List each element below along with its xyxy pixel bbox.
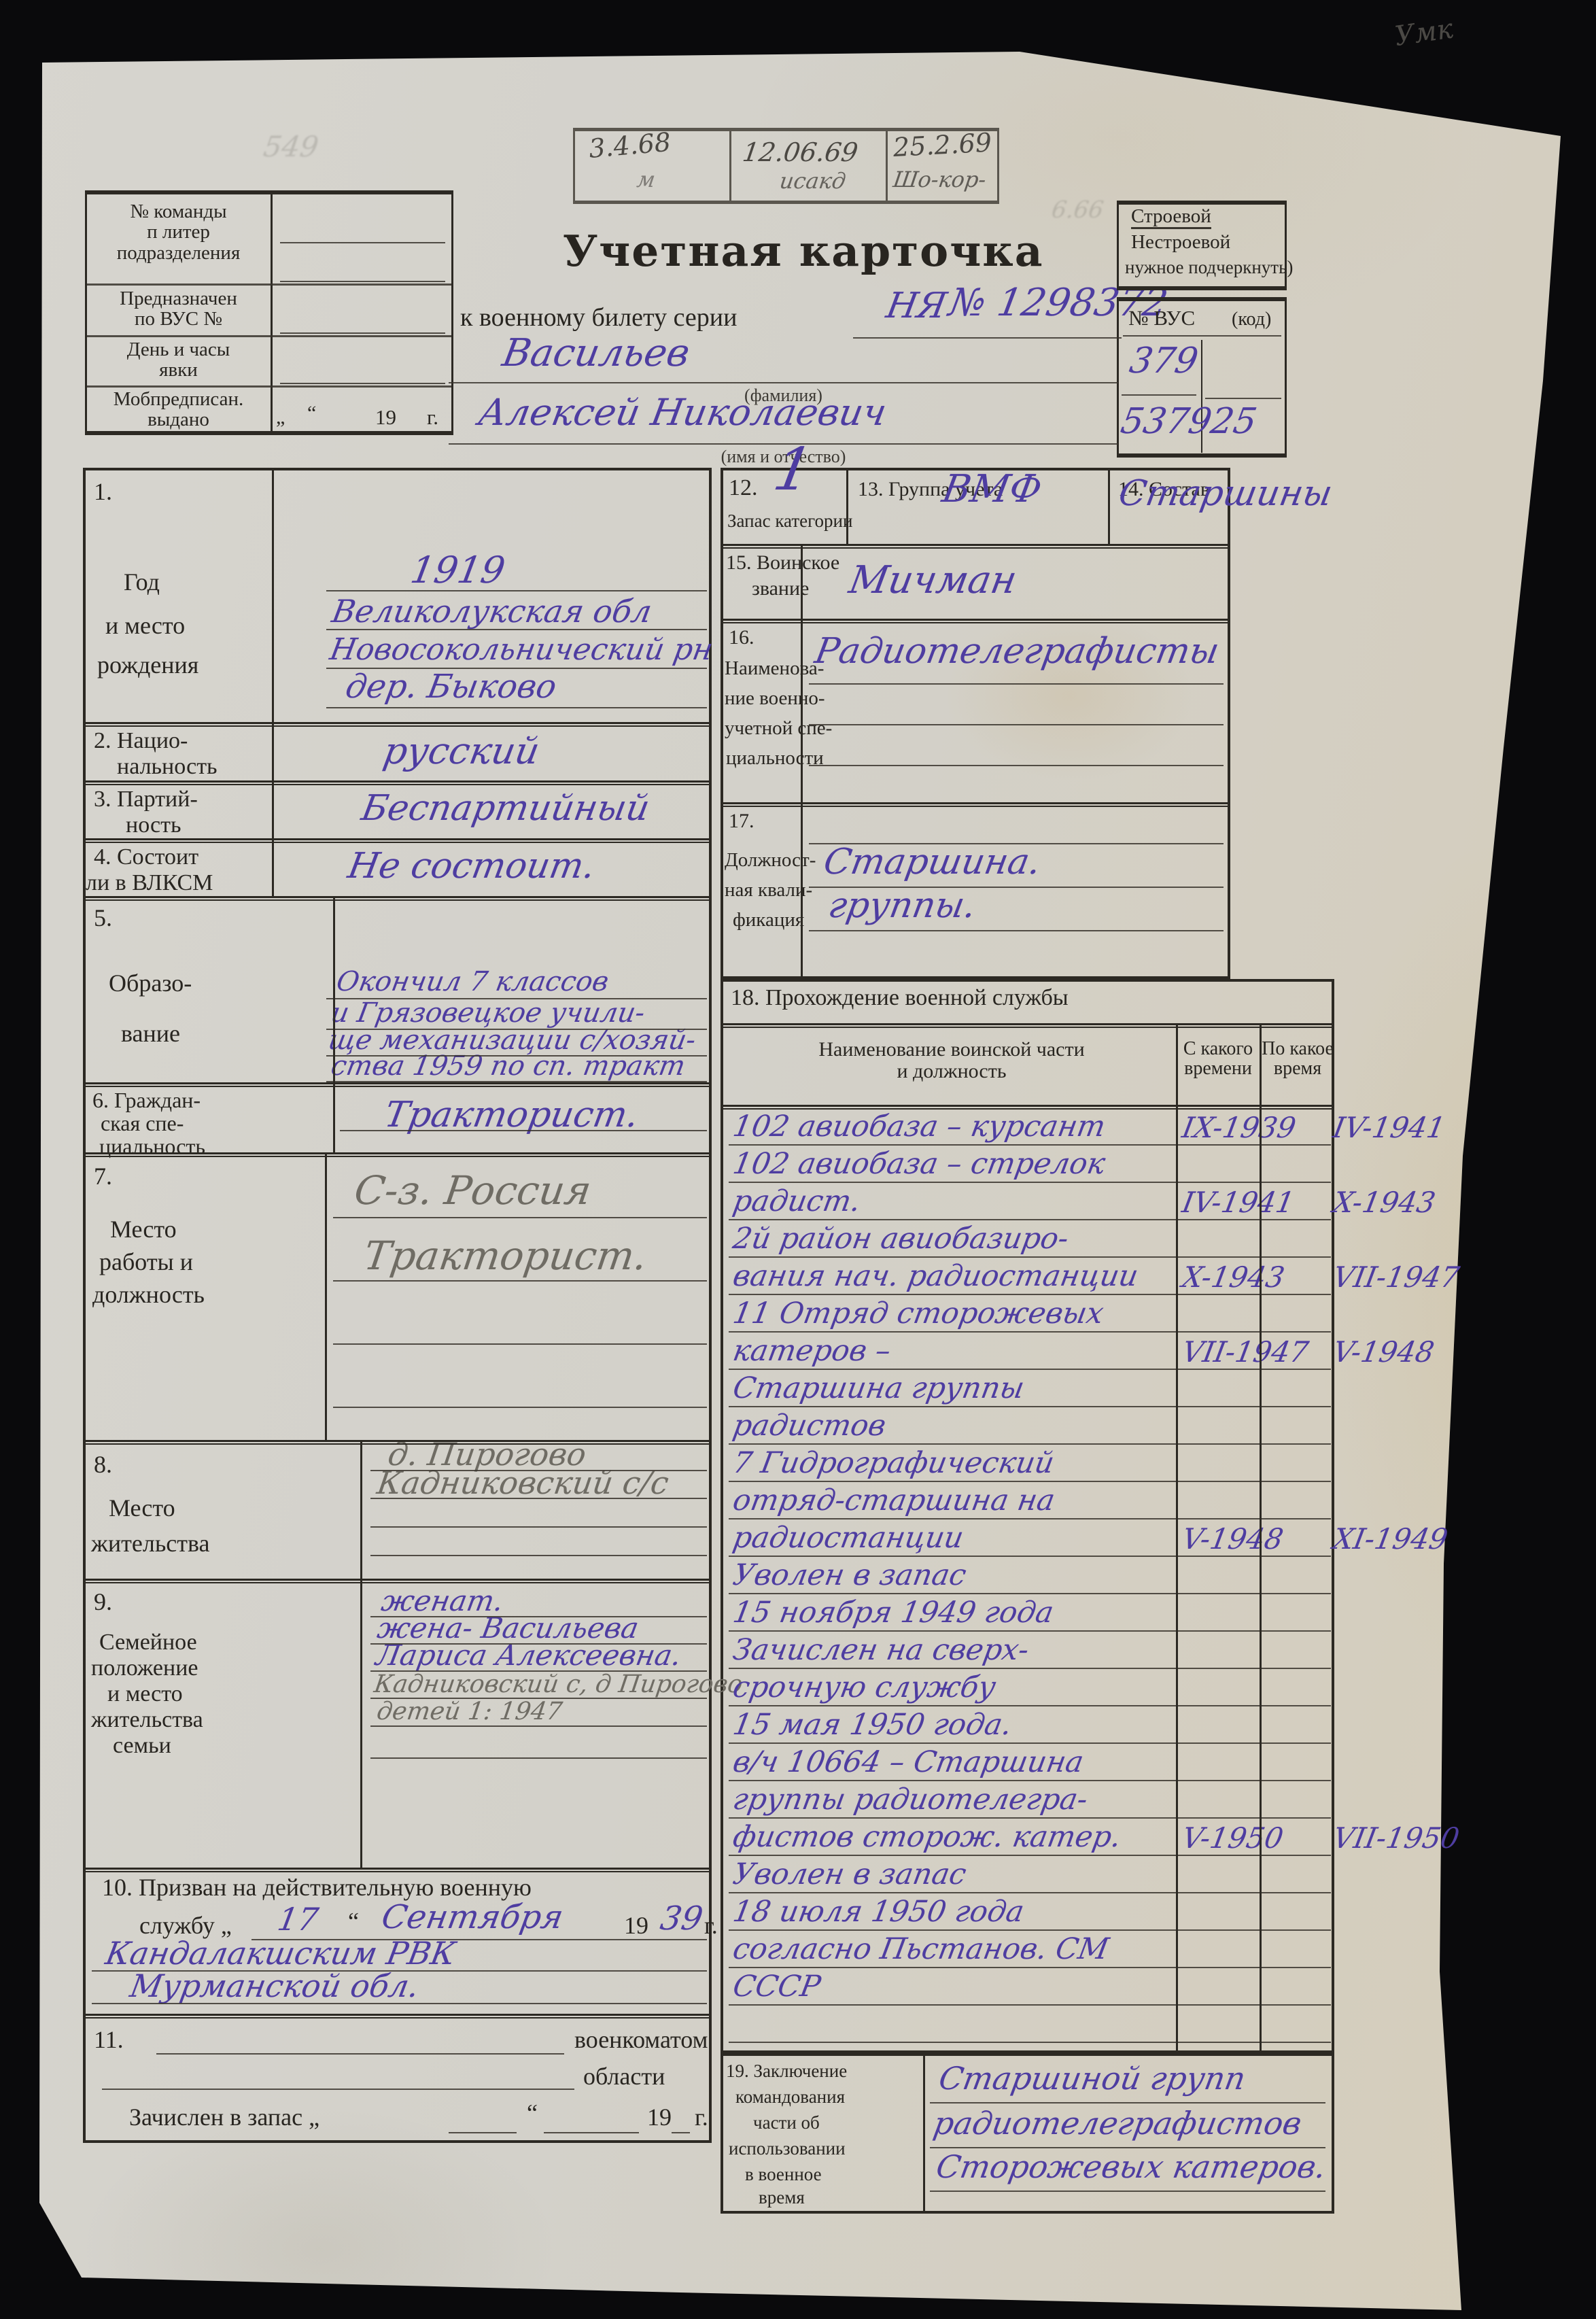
s2-label: нальность bbox=[117, 755, 218, 779]
s9-label: Семейное bbox=[99, 1630, 197, 1655]
ruled-line bbox=[672, 2132, 690, 2133]
table-col3-header: По какоевремя bbox=[1261, 1039, 1334, 1079]
service-entry-line: радиостанции bbox=[731, 1524, 966, 1553]
service-entry-line: срочную службу bbox=[731, 1673, 998, 1702]
faint-pencil-note: 549 bbox=[262, 133, 320, 161]
s1-label: рождения bbox=[97, 653, 198, 678]
ruled-line bbox=[370, 1670, 707, 1672]
ruled-line bbox=[280, 383, 445, 384]
ruled-line bbox=[333, 1407, 707, 1408]
service-ruled-line bbox=[729, 1593, 1331, 1594]
s5-value: Окончил 7 классов bbox=[334, 968, 611, 995]
service-ruled-line bbox=[729, 2042, 1331, 2043]
s1-num: 1. bbox=[94, 479, 112, 505]
stamp-divider bbox=[729, 131, 731, 201]
s3-value: Беспартийный bbox=[359, 791, 652, 826]
stroevoy-line2: Нестроевой bbox=[1131, 232, 1230, 252]
ruled-line bbox=[449, 382, 1118, 383]
ruled-line bbox=[340, 1130, 707, 1131]
section-divider bbox=[83, 722, 712, 727]
stamp-note: Шо-кор- bbox=[892, 169, 988, 190]
service-entry-line: Уволен в запас bbox=[731, 1561, 969, 1590]
s11-g: г. bbox=[695, 2105, 708, 2131]
faint-pencil-note: 6.66 bbox=[1050, 199, 1105, 222]
service-ruled-line bbox=[729, 1182, 1331, 1183]
service-date-from: X-1943 bbox=[1180, 1263, 1287, 1292]
ruled-line bbox=[809, 887, 1224, 888]
s5-label: вание bbox=[121, 1021, 180, 1047]
service-ruled-line bbox=[729, 1481, 1331, 1482]
s5-value: ще механизации с/хозяй- bbox=[326, 1027, 698, 1054]
s16-label: 16. bbox=[729, 627, 754, 649]
table-col1-header: Наименование воинской частии должность bbox=[731, 1039, 1173, 1082]
service-entry-line: радистов bbox=[731, 1411, 888, 1441]
service-entry-line: 15 мая 1950 года. bbox=[731, 1711, 1014, 1740]
service-entry-line: 102 авиобаза – стрелок bbox=[731, 1150, 1107, 1179]
s12-num: 12. bbox=[729, 476, 758, 500]
subtitle: к военному билету серии bbox=[460, 305, 737, 332]
s4-value: Не состоит. bbox=[345, 848, 597, 884]
ruled-line bbox=[809, 724, 1224, 725]
ruled-line bbox=[1122, 394, 1196, 396]
ruled-line bbox=[333, 1280, 707, 1282]
stamp-date: 3.4.68 bbox=[588, 129, 672, 162]
ruled-line bbox=[853, 337, 1122, 339]
ruled-line bbox=[280, 242, 445, 243]
s15-label: 15. Воинское bbox=[726, 552, 839, 574]
ruled-line bbox=[370, 1757, 707, 1759]
section-divider bbox=[83, 1082, 712, 1087]
vus-value-1: 379 bbox=[1127, 343, 1200, 379]
s6-label: ская спе- bbox=[101, 1112, 184, 1135]
s3-label: ность bbox=[126, 813, 181, 838]
service-entry-line: отряд-старшина на bbox=[731, 1486, 1057, 1515]
ruled-line bbox=[370, 1555, 707, 1556]
ruled-line bbox=[449, 2132, 517, 2133]
s17-label: 17. bbox=[729, 810, 754, 832]
dispatch-year: 19 bbox=[375, 407, 396, 429]
s13-value: ВМФ bbox=[939, 470, 1045, 509]
s19-label: части об bbox=[753, 2113, 820, 2132]
s8-label: жительства bbox=[91, 1531, 209, 1557]
dispatch-quote-open: „ bbox=[276, 407, 285, 428]
dispatch-label: Предназначенпо ВУС № bbox=[88, 288, 268, 330]
dispatch-label: День и часыявки bbox=[88, 339, 268, 381]
ruled-line bbox=[251, 1939, 707, 1940]
stamp-divider bbox=[886, 131, 888, 201]
service-ruled-line bbox=[729, 1556, 1331, 1557]
service-date-to: X-1943 bbox=[1331, 1188, 1438, 1217]
service-ruled-line bbox=[729, 1518, 1331, 1519]
column-divider bbox=[360, 1440, 362, 1868]
s5-value: и Грязовецкое учили- bbox=[329, 999, 647, 1027]
s10-rvk: Кандалакшским РВК bbox=[103, 1938, 458, 1969]
s5-label: Образо- bbox=[109, 971, 192, 997]
s19-value: радиотелеграфистов bbox=[931, 2108, 1304, 2139]
s1-value-rayon: Новосокольнический рн bbox=[328, 635, 715, 665]
service-ruled-line bbox=[729, 1668, 1331, 1669]
ruled-line bbox=[326, 707, 707, 708]
ruled-line bbox=[809, 843, 1224, 844]
s1-value-village: дер. Быково bbox=[343, 670, 559, 703]
service-ruled-line bbox=[729, 1705, 1331, 1706]
ruled-line bbox=[326, 629, 707, 630]
service-entry-line: 15 ноября 1949 года bbox=[731, 1598, 1056, 1628]
service-entry-line: вания нач. радиостанции bbox=[731, 1262, 1141, 1291]
s6-label: 6. Граждан- bbox=[92, 1089, 201, 1112]
s17-label: фикация bbox=[733, 910, 804, 930]
s19-label: использовании bbox=[729, 2139, 846, 2158]
s17-value: группы. bbox=[826, 888, 979, 923]
ruled-line bbox=[449, 443, 1118, 445]
s5-value: ства 1959 по сп. тракт bbox=[329, 1052, 687, 1080]
s10-month: Сентября bbox=[379, 1901, 566, 1934]
vus-label: № ВУС bbox=[1128, 307, 1195, 330]
s4-label: ли в ВЛКСМ bbox=[86, 871, 213, 895]
service-date-from: IX-1939 bbox=[1180, 1114, 1298, 1142]
service-ruled-line bbox=[729, 1780, 1331, 1781]
ruled-line bbox=[326, 1055, 707, 1057]
s10-day: 17 bbox=[275, 1904, 321, 1935]
service-ruled-line bbox=[729, 1443, 1331, 1445]
s7-value: С-з. Россия bbox=[352, 1171, 593, 1210]
service-entry-line: катеров – bbox=[731, 1337, 893, 1366]
s11-year: 19 bbox=[647, 2105, 672, 2131]
service-entry-line: Старшина группы bbox=[731, 1374, 1026, 1403]
service-entry-line: группы радиотелегра- bbox=[731, 1785, 1090, 1815]
service-entry-line: 2й район авиобазиро- bbox=[731, 1224, 1071, 1254]
dispatch-divider bbox=[271, 192, 273, 433]
column-divider bbox=[1108, 468, 1110, 544]
s19-value: Сторожевых катеров. bbox=[934, 2151, 1328, 2182]
s12-label: Запас категории bbox=[727, 511, 852, 530]
service-ruled-line bbox=[729, 1967, 1331, 1968]
column-divider bbox=[325, 1152, 327, 1440]
s10-year-print: 19 bbox=[624, 1913, 648, 1939]
s11-oblast: области bbox=[583, 2064, 665, 2090]
column-divider bbox=[923, 2053, 925, 2214]
s9-num: 9. bbox=[94, 1590, 112, 1615]
s5-num: 5. bbox=[94, 906, 112, 931]
service-ruled-line bbox=[729, 1855, 1331, 1856]
section-divider bbox=[721, 1105, 1334, 1110]
ruled-line bbox=[156, 2053, 564, 2055]
dispatch-row-line bbox=[87, 335, 451, 337]
vus-code-label: (код) bbox=[1232, 309, 1271, 329]
s9-label: положение bbox=[91, 1656, 198, 1681]
service-date-from: V-1950 bbox=[1180, 1824, 1285, 1853]
s10-quote: “ bbox=[348, 1909, 359, 1935]
s16-label: ние военно- bbox=[725, 688, 825, 708]
s11-zapas: Зачислен в запас „ bbox=[129, 2105, 319, 2131]
s6-value: Тракторист. bbox=[382, 1097, 642, 1133]
service-ruled-line bbox=[729, 1742, 1331, 1744]
s14-value: Старшины bbox=[1116, 476, 1335, 511]
s3-label: 3. Партий- bbox=[94, 787, 198, 812]
s9-label: жительства bbox=[91, 1708, 203, 1732]
dispatch-label: № командып литерподразделения bbox=[88, 201, 268, 263]
corner-pencil-note: Умк bbox=[1393, 15, 1455, 50]
service-entry-line: 7 Гидрографический bbox=[731, 1449, 1056, 1478]
section-divider bbox=[83, 780, 712, 785]
s7-label: Место bbox=[110, 1217, 177, 1243]
ruled-line bbox=[326, 668, 707, 669]
ruled-line bbox=[326, 998, 707, 999]
surname-handwritten: Васильев bbox=[500, 334, 693, 373]
ruled-line bbox=[1123, 335, 1281, 337]
service-entry-line: 11 Отряд сторожевых bbox=[731, 1299, 1106, 1328]
column-divider bbox=[846, 468, 848, 544]
s9-label: семьи bbox=[113, 1734, 171, 1758]
service-ruled-line bbox=[729, 1294, 1331, 1295]
section-divider bbox=[83, 1152, 712, 1157]
s15-value: Мичман bbox=[846, 562, 1020, 600]
ruled-line bbox=[370, 1643, 707, 1645]
stamp-note: м bbox=[636, 169, 657, 190]
dispatch-row-line bbox=[87, 284, 451, 286]
s1-label: Год bbox=[124, 570, 160, 596]
s19-value: Старшиной групп bbox=[937, 2063, 1248, 2094]
s7-label: должность bbox=[92, 1282, 205, 1308]
service-entry-line: фистов сторож. катер. bbox=[731, 1823, 1123, 1852]
service-ruled-line bbox=[729, 1892, 1331, 1893]
s17-value: Старшина. bbox=[821, 844, 1043, 880]
s2-label: 2. Нацио- bbox=[94, 729, 188, 753]
s9-value-pencil: детей 1: 1947 bbox=[375, 1700, 563, 1724]
dispatch-row-line bbox=[87, 385, 451, 388]
section-divider bbox=[83, 896, 712, 901]
ruled-line bbox=[102, 2089, 574, 2090]
s9-value-pencil: Кадниковский с, д Пирогово bbox=[372, 1672, 744, 1697]
s11-voenkomat: военкоматом bbox=[574, 2027, 708, 2053]
ruled-line bbox=[930, 2102, 1325, 2103]
s7-value: Тракторист. bbox=[362, 1236, 650, 1275]
service-entry-line: в/ч 10664 – Старшина bbox=[731, 1748, 1086, 1777]
s10-oblast: Мурманской обл. bbox=[128, 1970, 421, 2002]
service-ruled-line bbox=[729, 1630, 1331, 1632]
fullname-handwritten: Алексей Николаевич bbox=[476, 394, 889, 431]
s19-label: командования bbox=[735, 2087, 845, 2106]
s2-value: русский bbox=[381, 733, 542, 770]
s16-value: Радиотелеграфисты bbox=[812, 634, 1221, 669]
ruled-line bbox=[370, 1498, 707, 1499]
s8-label: Место bbox=[109, 1496, 175, 1522]
s11-quote: “ bbox=[527, 2101, 538, 2127]
column-divider bbox=[1176, 1023, 1178, 2053]
s17-label: ная квали- bbox=[725, 880, 812, 900]
ruled-line bbox=[333, 1217, 707, 1218]
s4-label: 4. Состоит bbox=[94, 845, 198, 870]
s1-value-oblast: Великолукская обл bbox=[330, 596, 654, 627]
service-date-to: V-1948 bbox=[1331, 1338, 1436, 1367]
service-entry-line: радист. bbox=[731, 1187, 863, 1216]
stamp-date: 25.2.69 bbox=[892, 129, 992, 160]
service-date-from: V-1948 bbox=[1180, 1525, 1285, 1553]
service-entry-line: Уволен в запас bbox=[731, 1860, 969, 1889]
stroevoy-line3: нужное подчеркнуть) bbox=[1125, 258, 1293, 277]
stamp-note: исакд bbox=[778, 170, 847, 192]
ruled-line bbox=[370, 1698, 707, 1699]
s7-num: 7. bbox=[94, 1164, 112, 1190]
ruled-line bbox=[370, 1616, 707, 1617]
s10-line1: 10. Призван на действительную военную bbox=[102, 1875, 532, 1901]
table-col2-header: С какоговремени bbox=[1178, 1039, 1258, 1079]
service-ruled-line bbox=[729, 1929, 1331, 1931]
ruled-line bbox=[92, 2003, 707, 2004]
service-ruled-line bbox=[729, 1144, 1331, 1146]
section-divider bbox=[83, 1868, 712, 1872]
service-ruled-line bbox=[729, 1256, 1331, 1258]
s11-num: 11. bbox=[94, 2027, 124, 2053]
s8-num: 8. bbox=[94, 1452, 112, 1478]
column-divider bbox=[333, 896, 335, 1152]
service-date-to: XI-1949 bbox=[1331, 1525, 1450, 1553]
ruled-line bbox=[930, 2147, 1325, 2148]
ruled-line bbox=[370, 1470, 707, 1471]
section-divider bbox=[83, 838, 712, 843]
ruled-line bbox=[92, 1970, 707, 1972]
ruled-line bbox=[809, 765, 1224, 766]
s10-g: г. bbox=[704, 1913, 718, 1939]
vus-value-2: 537925 bbox=[1118, 404, 1260, 439]
s19-label: 19. Заключение bbox=[726, 2061, 847, 2080]
service-ruled-line bbox=[729, 1219, 1331, 1220]
service-ruled-line bbox=[729, 1817, 1331, 1819]
ruled-line bbox=[1205, 398, 1281, 399]
service-entry-line: 102 авиобаза – курсант bbox=[731, 1112, 1107, 1141]
s1-label: и место bbox=[105, 613, 185, 639]
service-ruled-line bbox=[729, 1406, 1331, 1407]
section-divider bbox=[721, 802, 1230, 807]
stamp-date: 12.06.69 bbox=[741, 139, 860, 165]
dispatch-g: г. bbox=[427, 407, 438, 429]
column-divider bbox=[801, 544, 803, 979]
service-entry-line: Зачислен на сверх- bbox=[731, 1636, 1031, 1665]
service-ruled-line bbox=[729, 1369, 1331, 1370]
s16-label: учетной спе- bbox=[725, 718, 832, 738]
service-date-from: VII-1947 bbox=[1180, 1338, 1311, 1367]
ruled-line bbox=[370, 1526, 707, 1528]
ruled-line bbox=[280, 332, 445, 334]
ruled-line bbox=[370, 1725, 707, 1727]
ruled-line bbox=[809, 930, 1224, 931]
dispatch-quote-close: “ bbox=[307, 402, 316, 424]
s18-heading: 18. Прохождение военной службы bbox=[731, 986, 1069, 1010]
section-divider bbox=[721, 544, 1230, 549]
s7-label: работы и bbox=[99, 1250, 193, 1275]
service-entry-line: согласно Пьстанов. СМ bbox=[731, 1935, 1111, 1964]
s9-label: и место bbox=[107, 1682, 183, 1706]
column-divider bbox=[272, 468, 274, 896]
section-divider bbox=[83, 1579, 712, 1583]
ruled-line bbox=[280, 281, 445, 282]
s9-value: Лариса Алексеевна. bbox=[374, 1641, 684, 1670]
ruled-line bbox=[326, 1029, 707, 1030]
series-handwritten: НЯ bbox=[884, 288, 950, 324]
dispatch-label: Мобпредписан.выдано bbox=[88, 389, 268, 430]
ruled-line bbox=[930, 2191, 1325, 2192]
s1-value-year: 1919 bbox=[408, 552, 508, 589]
service-date-from: IV-1941 bbox=[1180, 1188, 1297, 1217]
s19-label: в военное bbox=[745, 2165, 822, 2184]
service-ruled-line bbox=[729, 1331, 1331, 1333]
service-date-to: VII-1950 bbox=[1331, 1824, 1461, 1853]
s19-label: время bbox=[759, 2188, 805, 2207]
service-entry-line: 18 июля 1950 года bbox=[731, 1897, 1026, 1927]
section-divider bbox=[83, 1440, 712, 1445]
service-ruled-line bbox=[729, 2004, 1331, 2006]
page-title: Учетная карточка bbox=[563, 228, 1025, 273]
section-divider bbox=[721, 1023, 1334, 1028]
service-date-to: IV-1941 bbox=[1331, 1114, 1448, 1142]
s8-value: Кадниковский с/с bbox=[375, 1467, 671, 1498]
section-divider bbox=[83, 2014, 712, 2019]
ruled-line bbox=[326, 590, 707, 591]
column-divider bbox=[1260, 1023, 1262, 2053]
ruled-line bbox=[809, 683, 1224, 685]
service-date-to: VII-1947 bbox=[1331, 1263, 1461, 1292]
stroevoy-line1: Строевой bbox=[1131, 206, 1211, 226]
section-divider bbox=[721, 619, 1230, 623]
s10-year-ink: 39 bbox=[658, 1902, 706, 1935]
ruled-line bbox=[333, 1343, 707, 1345]
ruled-line bbox=[544, 2132, 639, 2133]
service-entry-line: СССР bbox=[731, 1972, 822, 2002]
s16-label: Наименова- bbox=[725, 658, 824, 678]
